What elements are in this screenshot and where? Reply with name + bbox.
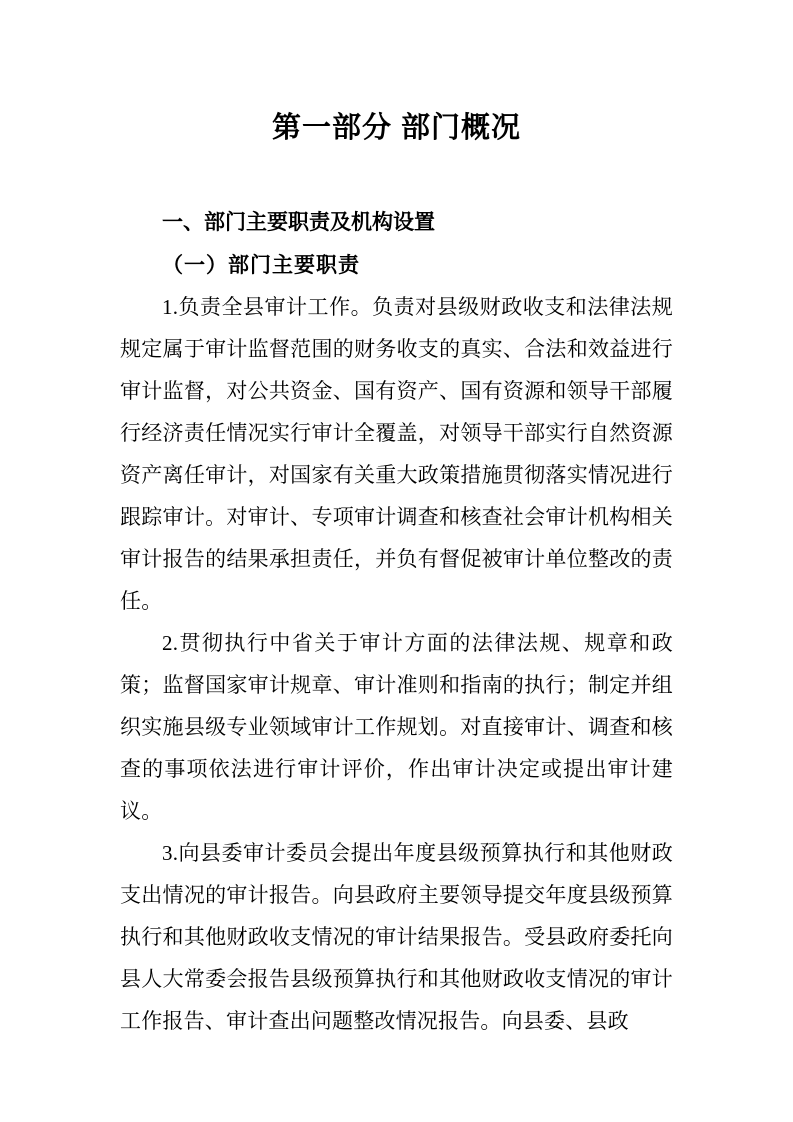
page-title: 第一部分 部门概况 xyxy=(120,0,673,148)
section-heading: 一、部门主要职责及机构设置 xyxy=(120,202,673,244)
document-body: 一、部门主要职责及机构设置 （一）部门主要职责 1.负责全县审计工作。负责对县级… xyxy=(120,202,673,1042)
paragraph-duty-1: 1.负责全县审计工作。负责对县级财政收支和法律法规规定属于审计监督范围的财务收支… xyxy=(120,286,673,622)
paragraph-duty-2: 2.贯彻执行中省关于审计方面的法律法规、规章和政策；监督国家审计规章、审计准则和… xyxy=(120,622,673,832)
document-page: 第一部分 部门概况 一、部门主要职责及机构设置 （一）部门主要职责 1.负责全县… xyxy=(0,0,793,1122)
paragraph-duty-3: 3.向县委审计委员会提出年度县级预算执行和其他财政支出情况的审计报告。向县政府主… xyxy=(120,832,673,1042)
subsection-heading: （一）部门主要职责 xyxy=(120,244,673,286)
